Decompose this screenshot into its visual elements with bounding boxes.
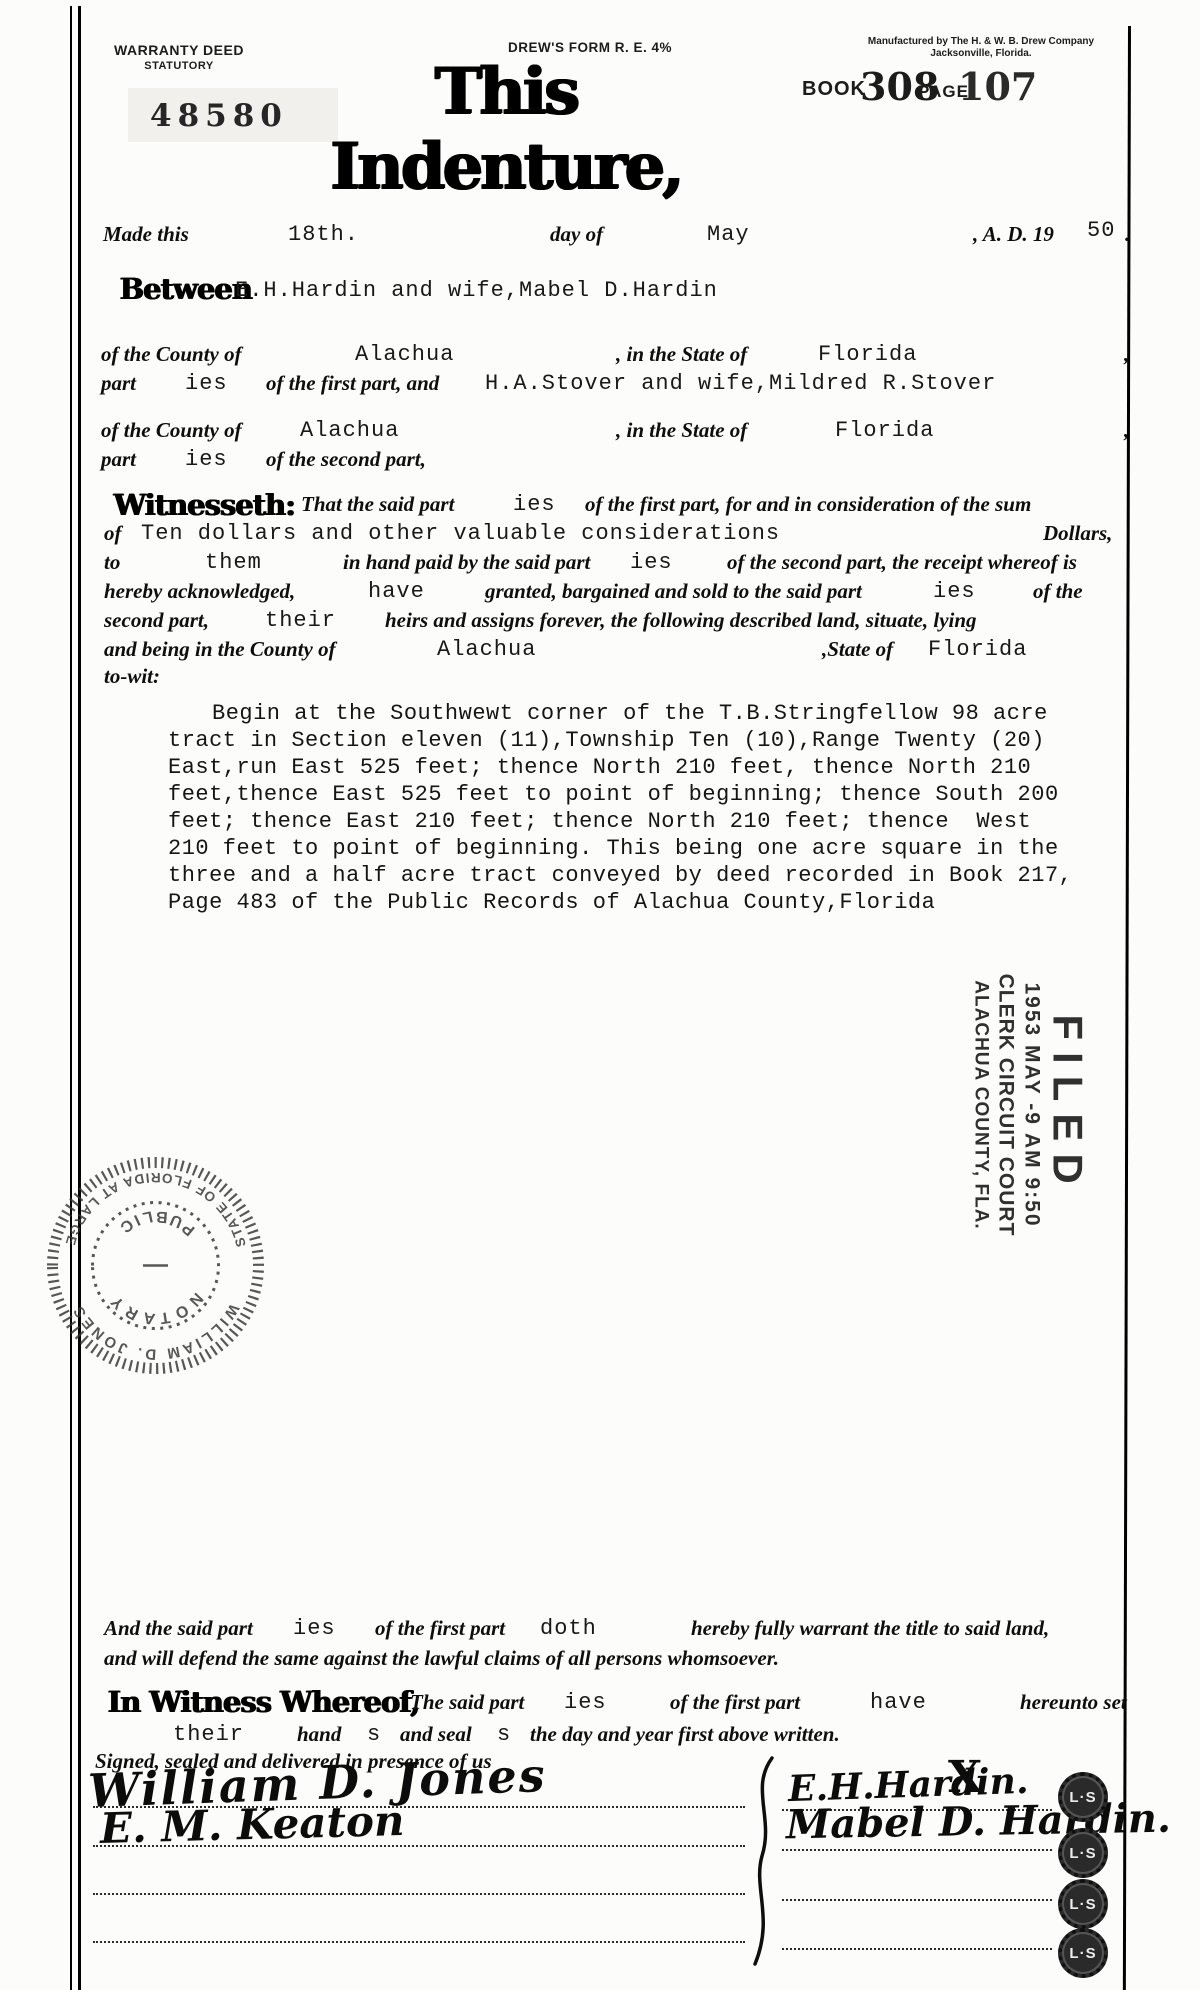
printed-text: and will defend the same against the law… xyxy=(104,1646,779,1671)
filed-stamp-title: FILED xyxy=(1045,948,1091,1263)
signature-brace xyxy=(742,1756,782,1966)
printed-text: ,State of xyxy=(822,637,893,662)
statutory-label: STATUTORY xyxy=(104,60,254,72)
part-label: part xyxy=(101,447,136,472)
filed-stamp-clerk: CLERK CIRCUIT COURT xyxy=(993,948,1019,1263)
witnesseth-line5: second part, their heirs and assigns for… xyxy=(85,608,1145,640)
printed-text: Dollars, xyxy=(1043,521,1112,546)
second-part-label: of the second part, xyxy=(266,447,426,472)
printed-text: The said part xyxy=(410,1690,524,1715)
typed-text: s xyxy=(497,1722,511,1747)
trailing-comma: , xyxy=(1124,342,1129,367)
printed-text: heirs and assigns forever, the following… xyxy=(385,608,977,633)
between-label: Between xyxy=(119,272,251,306)
party1-county-line: of the County of Alachua , in the State … xyxy=(85,342,1145,374)
month-value: May xyxy=(707,222,750,247)
legal-description-line: Begin at the Southwewt corner of the T.B… xyxy=(212,700,1048,727)
trailing-comma: , xyxy=(1124,418,1129,443)
legal-description-line: feet; thence East 210 feet; thence North… xyxy=(168,808,1031,835)
witnesseth-line4: hereby acknowledged, have granted, barga… xyxy=(85,579,1145,611)
seal-public-word: PUBLIC xyxy=(113,1207,199,1239)
witness2-signature: E. M. Keaton xyxy=(99,1796,405,1853)
year-value: 50 xyxy=(1087,218,1115,243)
in-state-label: , in the State of xyxy=(616,418,747,443)
printed-text: in hand paid by the said part xyxy=(343,550,590,575)
legal-description-line: tract in Section eleven (11),Township Te… xyxy=(168,727,1045,754)
printed-text: of the first part xyxy=(375,1616,505,1641)
printed-text: hereunto set xyxy=(1020,1690,1127,1715)
typed-text: ies xyxy=(293,1616,336,1641)
ls-seal-text: L·S xyxy=(1069,1845,1096,1862)
day-value: 18th. xyxy=(288,222,359,247)
grantor-signature-line-4 xyxy=(782,1948,1052,1950)
between-line: Between E.H.Hardin and wife,Mabel D.Hard… xyxy=(85,278,1145,310)
printed-text: hand xyxy=(297,1722,341,1747)
grantor-signature-line-2 xyxy=(782,1849,1052,1851)
typed-state: Florida xyxy=(928,637,1027,662)
witnesseth-line1: Witnesseth: That the said part ies of th… xyxy=(85,492,1145,524)
typed-text: their xyxy=(173,1722,244,1747)
typed-text: ies xyxy=(564,1690,607,1715)
party2-parties-line: part ies of the second part, xyxy=(85,447,1145,479)
legal-description-line: 210 feet to point of beginning. This bei… xyxy=(168,835,1059,862)
made-this-label: Made this xyxy=(103,222,189,247)
county-value: Alachua xyxy=(300,418,399,443)
typed-text: s xyxy=(367,1722,381,1747)
manufacturer-line1: Manufactured by The H. & W. B. Drew Comp… xyxy=(836,36,1126,48)
printed-text: That the said part xyxy=(301,492,454,517)
ies-typed: ies xyxy=(185,371,228,396)
ies-typed: ies xyxy=(185,447,228,472)
ad-label: , A. D. 19 xyxy=(973,222,1054,247)
day-of-label: day of xyxy=(550,222,603,247)
ls-seal-text: L·S xyxy=(1069,1789,1096,1806)
page-number: 107 xyxy=(958,64,1037,109)
typed-text: ies xyxy=(630,550,673,575)
printed-text: and seal xyxy=(400,1722,472,1747)
witnesseth-line3: to them in hand paid by the said part ie… xyxy=(85,550,1145,582)
first-part-label: of the first part, and xyxy=(266,371,439,396)
state-value: Florida xyxy=(818,342,917,367)
printed-text: to xyxy=(104,550,120,575)
filed-stamp-county: ALACHUA COUNTY, FLA. xyxy=(969,948,993,1263)
of-county-label: of the County of xyxy=(101,418,242,443)
typed-text: them xyxy=(205,550,262,575)
typed-county: Alachua xyxy=(437,637,536,662)
filed-stamp-datetime: 1953 MAY -9 AM 9:50 xyxy=(1019,948,1045,1263)
warranty-deed-label: WARRANTY DEED xyxy=(104,42,254,58)
witness-signature-line-4 xyxy=(93,1941,745,1943)
grantor2-signature: Mabel D. Hardin. xyxy=(786,1795,1172,1849)
ls-seal: L·S xyxy=(1058,1828,1108,1878)
printed-text: of the second part, the receipt whereof … xyxy=(727,550,1077,575)
typed-text: have xyxy=(870,1690,927,1715)
ls-seal: L·S xyxy=(1058,1772,1108,1822)
witnesseth-label: Witnesseth: xyxy=(113,488,294,522)
county-value: Alachua xyxy=(355,342,454,367)
party1-parties-line: part ies of the first part, and H.A.Stov… xyxy=(85,371,1145,403)
form-name: DREW'S FORM R. E. 4% xyxy=(508,40,672,55)
printed-text: and being in the County of xyxy=(104,637,336,662)
grantee-names: H.A.Stover and wife,Mildred R.Stover xyxy=(485,371,996,396)
witnesseth-line2: of Ten dollars and other valuable consid… xyxy=(85,521,1145,553)
svg-text:NOTARY: NOTARY xyxy=(105,1289,206,1327)
warrant-line2: and will defend the same against the law… xyxy=(85,1646,1145,1678)
typed-text: ies xyxy=(933,579,976,604)
of-county-label: of the County of xyxy=(101,342,242,367)
printed-text: the day and year first above written. xyxy=(530,1722,840,1747)
witness-signature-line-3 xyxy=(93,1893,745,1895)
grantor-names: E.H.Hardin and wife,Mabel D.Hardin xyxy=(235,278,718,303)
manufacturer-line2: Jacksonville, Florida. xyxy=(836,48,1126,60)
printed-text: And the said part xyxy=(104,1616,253,1641)
doc-type-label: WARRANTY DEED STATUTORY xyxy=(104,42,254,72)
left-margin-rule xyxy=(70,6,81,1990)
seal-notary-word: NOTARY xyxy=(105,1289,206,1327)
witnesseth-line7: to-wit: xyxy=(85,664,1145,696)
witness-clause-line1: In Witness Whereof, The said part ies of… xyxy=(85,1690,1145,1722)
ls-seal-text: L·S xyxy=(1069,1945,1096,1962)
party2-county-line: of the County of Alachua , in the State … xyxy=(85,418,1145,450)
made-line: Made this 18th. day of May , A. D. 19 50… xyxy=(85,222,1145,254)
legal-description-line: feet,thence East 525 feet to point of be… xyxy=(168,781,1059,808)
typed-text: their xyxy=(265,608,336,633)
manufacturer-note: Manufactured by The H. & W. B. Drew Comp… xyxy=(836,36,1126,60)
printed-text: of the first part xyxy=(670,1690,800,1715)
filed-stamp: FILED 1953 MAY -9 AM 9:50 CLERK CIRCUIT … xyxy=(931,948,1091,1263)
printed-text: granted, bargained and sold to the said … xyxy=(485,579,862,604)
typed-text: ies xyxy=(513,492,556,517)
in-state-label: , in the State of xyxy=(616,342,747,367)
svg-text:PUBLIC: PUBLIC xyxy=(113,1207,199,1239)
printed-text: second part, xyxy=(104,608,209,633)
ls-seal: L·S xyxy=(1058,1928,1108,1978)
grantor1-mark: X xyxy=(948,1752,982,1803)
part-label: part xyxy=(101,371,136,396)
printed-text: of the xyxy=(1033,579,1083,604)
notary-seal: WILLIAM D. JONES STATE OF FLORIDA AT LAR… xyxy=(38,1148,273,1383)
warrant-line1: And the said part ies of the first part … xyxy=(85,1616,1145,1648)
printed-text: of xyxy=(104,521,122,546)
printed-text: hereby fully warrant the title to said l… xyxy=(691,1616,1049,1641)
warranty-deed-page: WARRANTY DEED STATUTORY DREW'S FORM R. E… xyxy=(0,0,1200,1990)
state-value: Florida xyxy=(835,418,934,443)
printed-text: hereby acknowledged, xyxy=(104,579,295,604)
ls-seal-text: L·S xyxy=(1069,1896,1096,1913)
made-line-period: . xyxy=(1125,222,1130,247)
typed-text: doth xyxy=(540,1616,597,1641)
in-witness-whereof-label: In Witness Whereof, xyxy=(107,1685,419,1719)
typed-text: have xyxy=(368,579,425,604)
grantor-signature-line-3 xyxy=(782,1899,1052,1901)
to-wit-label: to-wit: xyxy=(104,664,160,689)
ls-seal: L·S xyxy=(1058,1879,1108,1929)
legal-description-line: Page 483 of the Public Records of Alachu… xyxy=(168,889,935,916)
typed-consideration: Ten dollars and other valuable considera… xyxy=(141,521,780,546)
printed-text: of the first part, for and in considerat… xyxy=(585,492,1031,517)
book-label: BOOK xyxy=(802,78,866,101)
document-title: This Indenture, xyxy=(250,54,760,204)
legal-description-line: East,run East 525 feet; thence North 210… xyxy=(168,754,1031,781)
legal-description-line: three and a half acre tract conveyed by … xyxy=(168,862,1072,889)
